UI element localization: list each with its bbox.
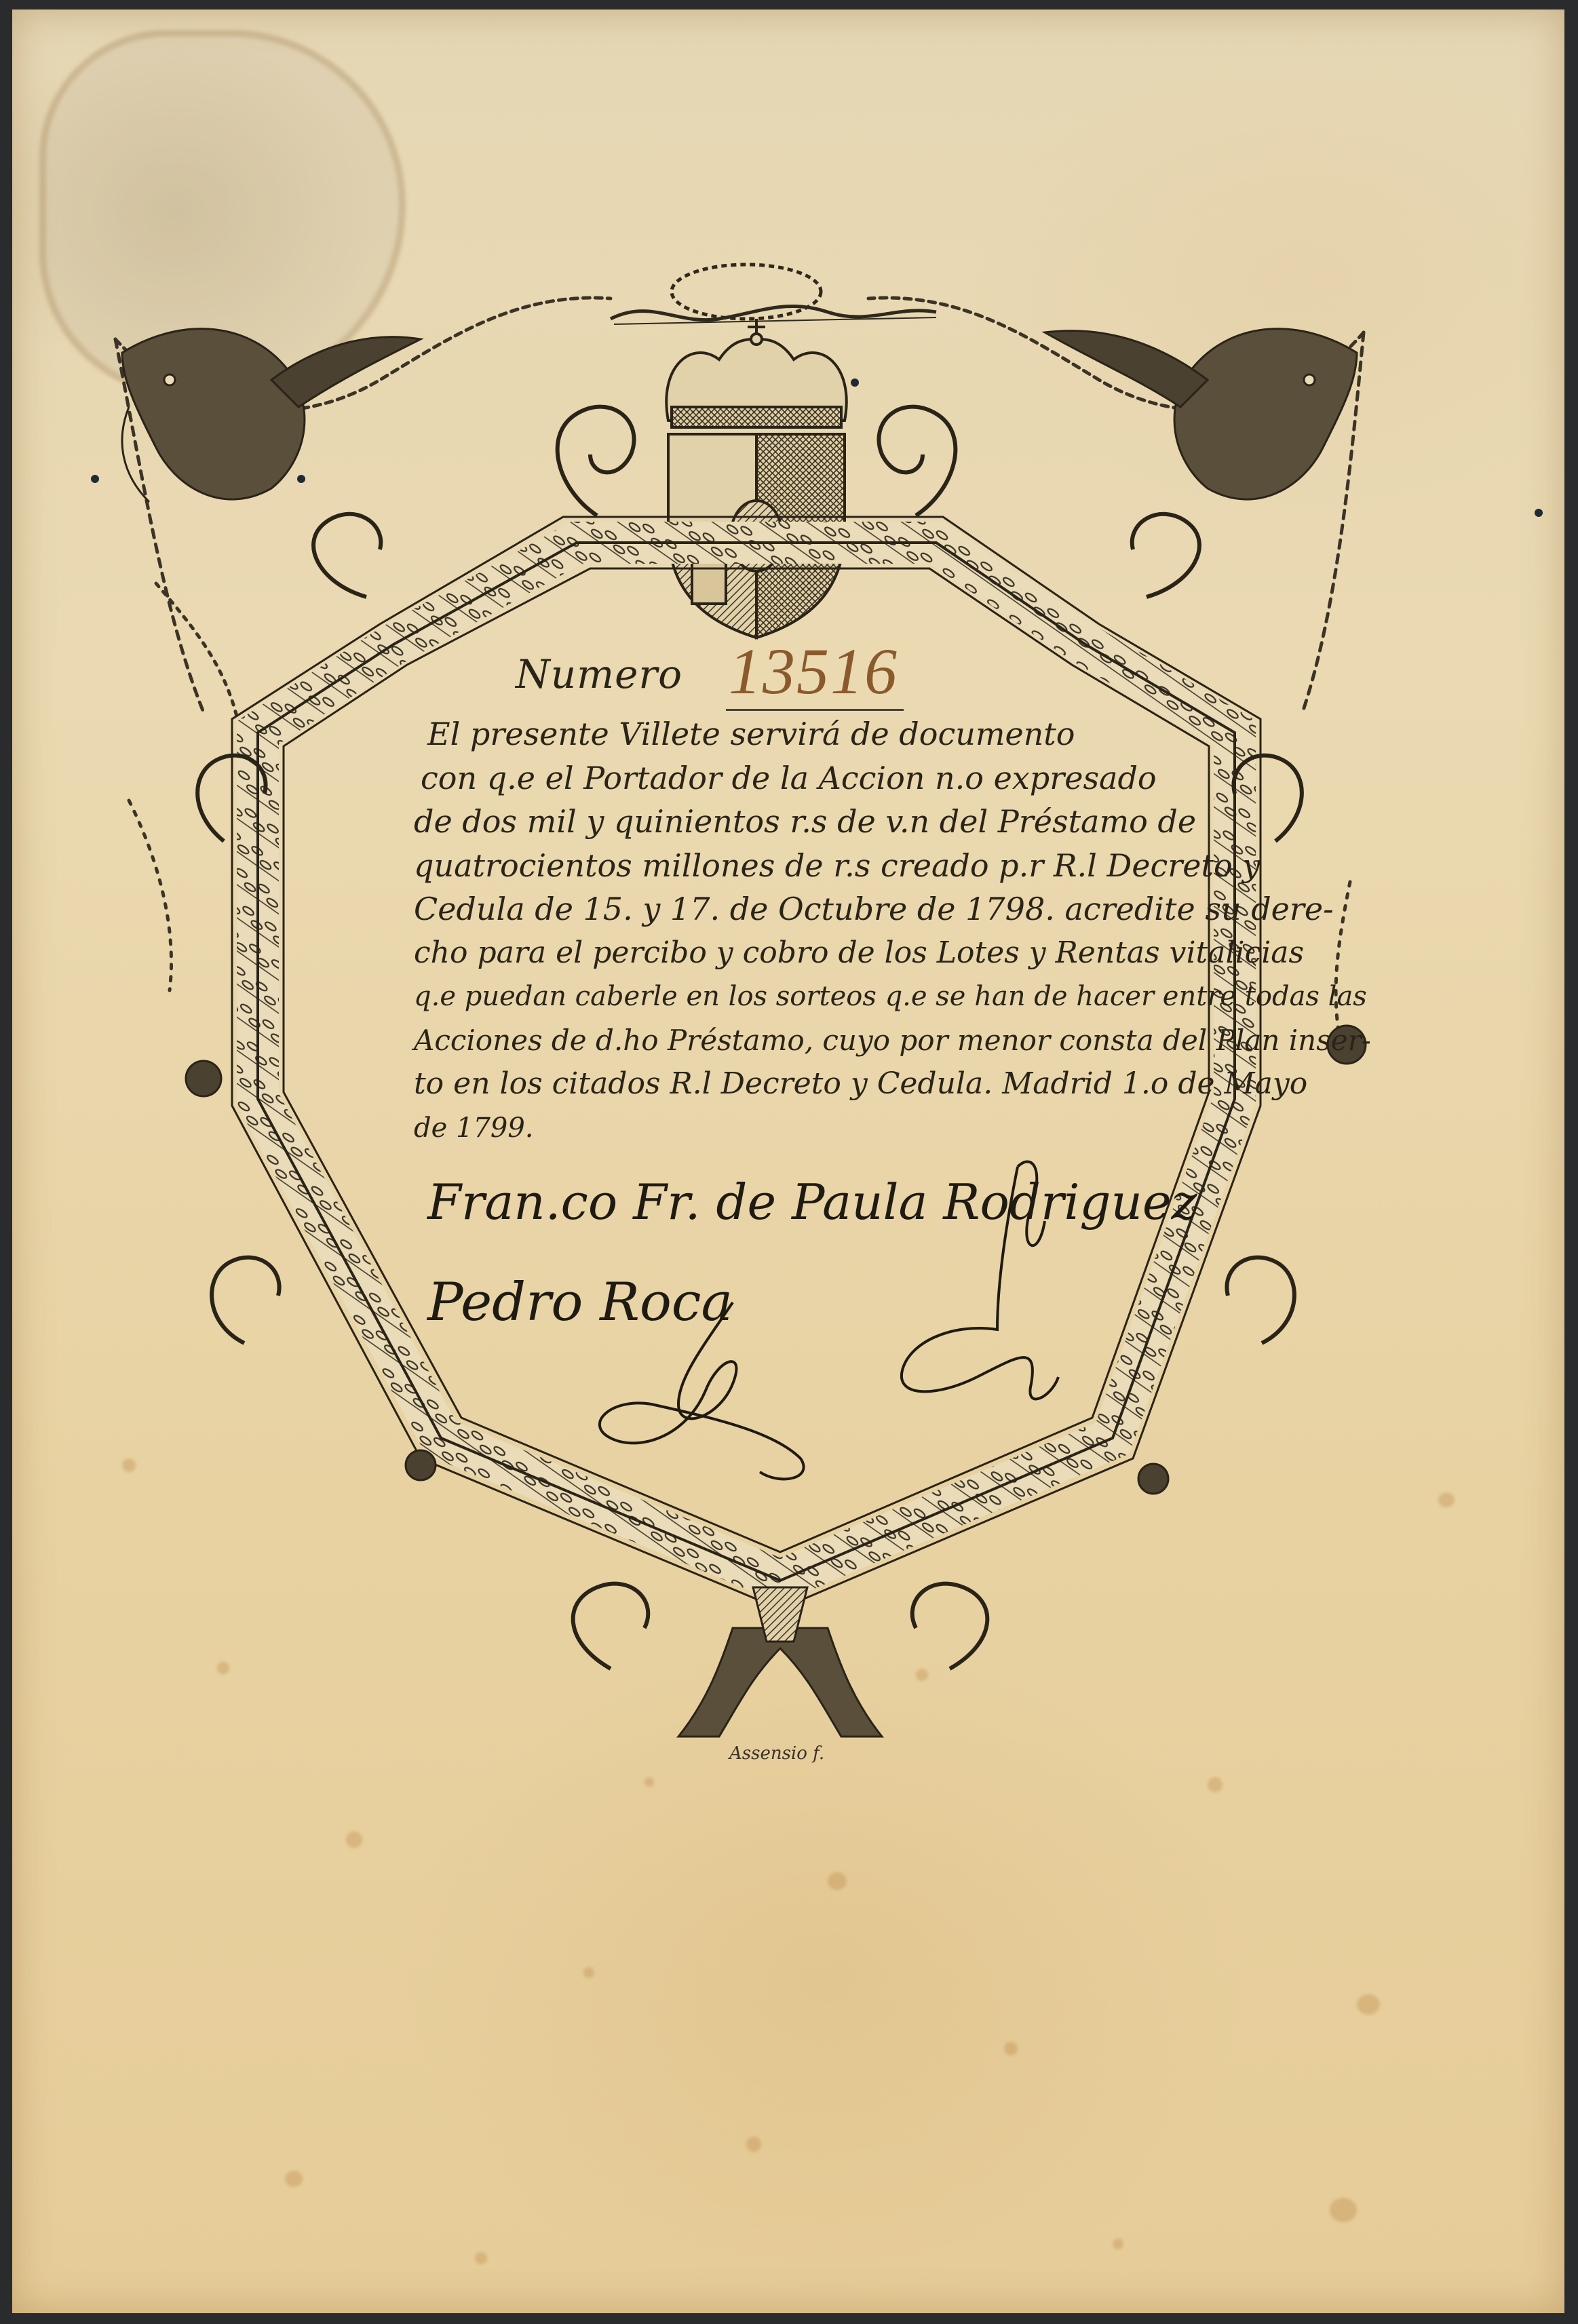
certificate-body: El presente Villete servirá de documento… <box>414 712 1214 1150</box>
numero-row: Numero 13516 <box>516 638 1126 712</box>
signature-rodriguez: Fran.co Fr. de Paula Rodriguez <box>427 1174 1197 1231</box>
crown-icon <box>666 319 846 427</box>
body-line: de 1799. <box>414 1106 1214 1150</box>
bird-right-icon <box>1045 329 1357 499</box>
body-line: Cedula de 15. y 17. de Octubre de 1798. … <box>414 887 1214 931</box>
body-line: to en los citados R.l Decreto y Cedula. … <box>414 1062 1214 1106</box>
engraved-octagonal-frame <box>0 0 1578 2324</box>
body-line: El presente Villete servirá de documento <box>414 712 1214 756</box>
signature-roca: Pedro Roca <box>427 1272 733 1333</box>
body-line: de dos mil y quinientos r.s de v.n del P… <box>414 800 1214 844</box>
body-line: q.e puedan caberle en los sorteos q.e se… <box>414 975 1214 1019</box>
ribbon-wreath <box>611 265 936 324</box>
body-line: Acciones de d.ho Préstamo, cuyo por meno… <box>414 1019 1214 1063</box>
body-line: quatrocientos millones de r.s creado p.r… <box>414 844 1214 888</box>
body-line: cho para el percibo y cobro de los Lotes… <box>414 931 1214 975</box>
bird-left-icon <box>122 329 421 502</box>
acanthus-bottom <box>678 1587 882 1737</box>
body-line: con q.e el Portador de la Accion n.o exp… <box>414 756 1214 800</box>
engraver-mark: Assensio f. <box>729 1743 824 1764</box>
certificate-number: 13516 <box>726 634 904 711</box>
numero-label: Numero <box>516 651 682 697</box>
